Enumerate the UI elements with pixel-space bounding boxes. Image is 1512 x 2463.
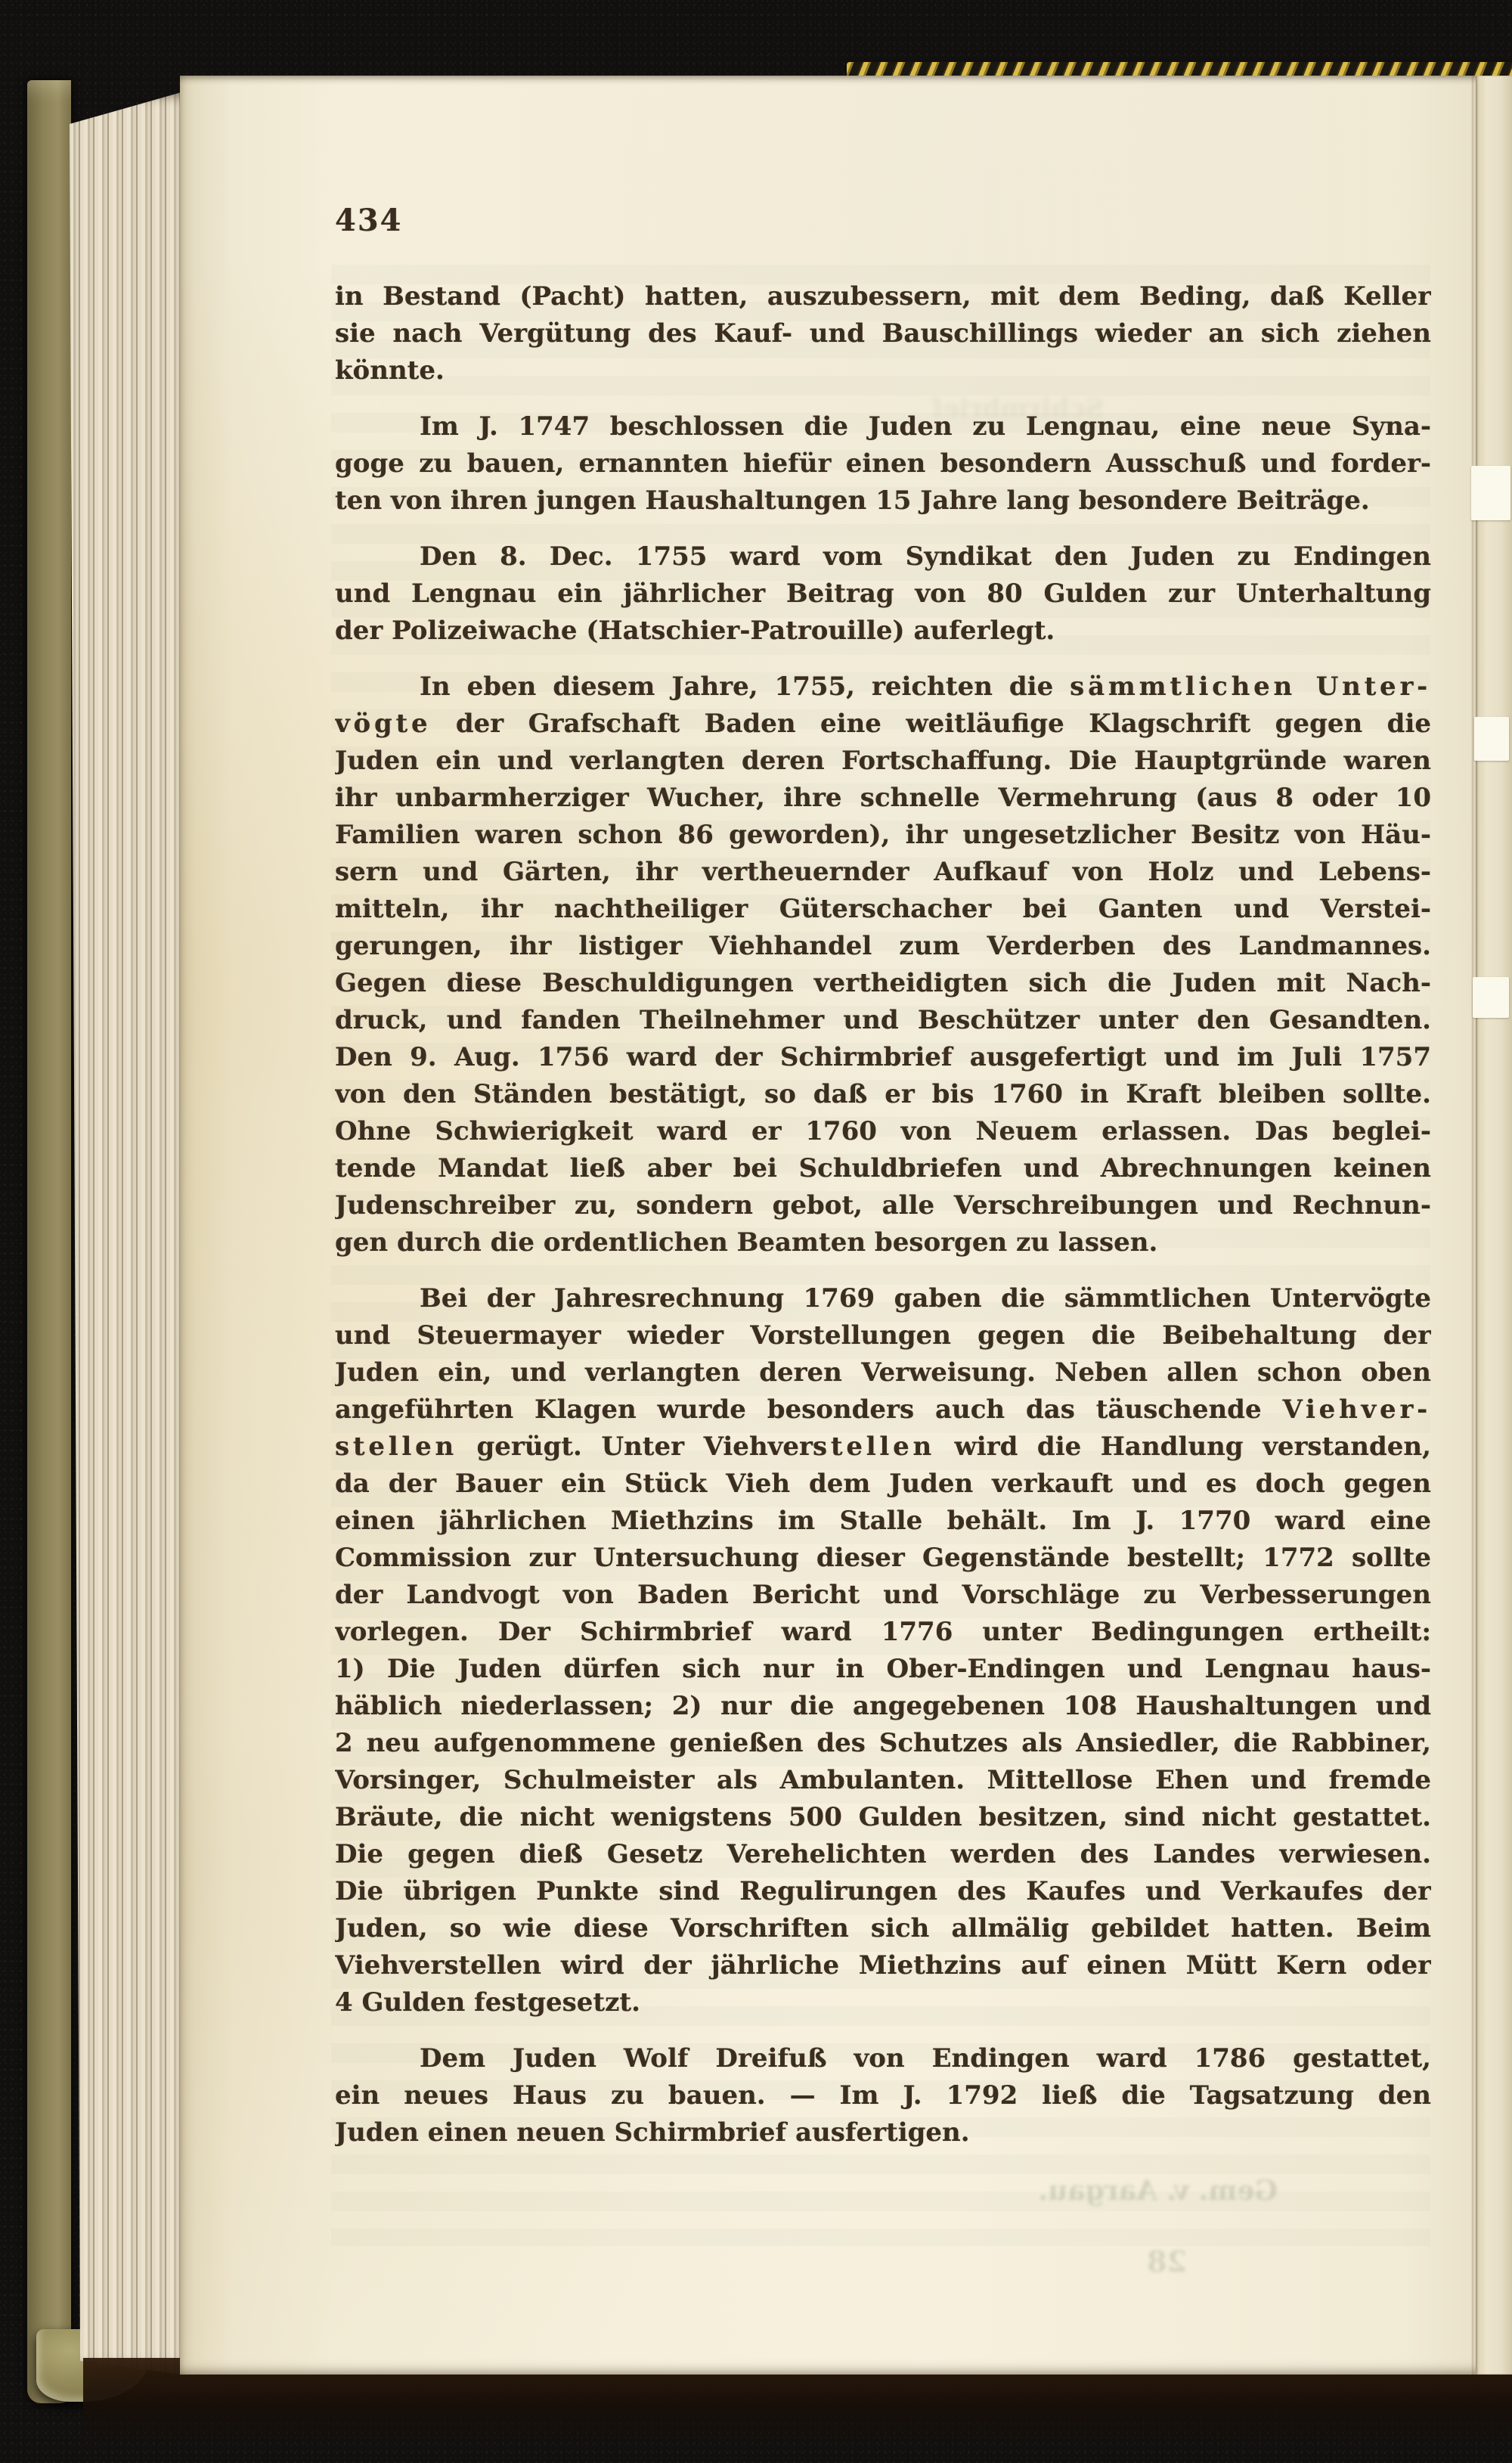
text-line: ihr unbarmherziger Wucher, ihre schnelle…	[335, 780, 1431, 817]
text-line: mitteln, ihr nachtheiliger Güterschacher…	[335, 891, 1431, 928]
text-line: Den 8. Dec. 1755 ward vom Syndikat den J…	[335, 538, 1431, 575]
text-line: 2 neu aufgenommene genießen des Schutzes…	[335, 1725, 1431, 1762]
text-line: der Landvogt von Baden Bericht und Vorsc…	[335, 1577, 1431, 1614]
text-line: von den Ständen bestätigt, so daß er bis…	[335, 1076, 1431, 1113]
text-line: Die gegen dieß Gesetz Verehelichten werd…	[335, 1836, 1431, 1873]
book-page: 434 in Bestand (Pacht) hatten, auszubess…	[180, 76, 1476, 2375]
text-line: Judenschreiber zu, sondern gebot, alle V…	[335, 1187, 1431, 1224]
page-tab	[1471, 466, 1510, 520]
text-line: Dem Juden Wolf Dreifuß von Endingen ward…	[335, 2040, 1431, 2077]
text-line: druck, und fanden Theilnehmer und Beschü…	[335, 1002, 1431, 1039]
text-line: ten von ihren jungen Haushaltungen 15 Ja…	[335, 482, 1431, 520]
paragraph: Den 8. Dec. 1755 ward vom Syndikat den J…	[335, 538, 1431, 650]
text-line: Viehverstellen wird der jährliche Miethz…	[335, 1947, 1431, 1984]
text-line: angeführten Klagen wurde besonders auch …	[335, 1391, 1431, 1428]
text-line: der Polizeiwache (Hatschier-Patrouille) …	[335, 613, 1431, 650]
text-line: vorlegen. Der Schirmbrief ward 1776 unte…	[335, 1614, 1431, 1651]
text-line: Ohne Schwierigkeit ward er 1760 von Neue…	[335, 1113, 1431, 1150]
text-line: Juden einen neuen Schirmbrief ausfertige…	[335, 2114, 1431, 2151]
letterspaced-emphasis: sämmtlichen Unter-	[1070, 672, 1431, 702]
book-cover-edge	[27, 80, 71, 2403]
text-line: goge zu bauen, ernannten hiefür einen be…	[335, 445, 1431, 482]
page-number: 434	[335, 203, 403, 238]
text-line: Bei der Jahresrechnung 1769 gaben die sä…	[335, 1280, 1431, 1317]
text-line: Im J. 1747 beschlossen die Juden zu Leng…	[335, 408, 1431, 445]
text-line: In eben diesem Jahre, 1755, reichten die…	[335, 668, 1431, 706]
letterspaced-emphasis: Viehver-	[1282, 1394, 1431, 1425]
text-line: Juden ein und verlangten deren Fortschaf…	[335, 743, 1431, 780]
page-crease	[1471, 76, 1474, 2375]
text-line: Bräute, die nicht wenigstens 500 Gulden …	[335, 1799, 1431, 1836]
text-line: stellen gerügt. Unter Viehverstellen wir…	[335, 1428, 1431, 1466]
text-line: Juden ein, und verlangten deren Verweisu…	[335, 1354, 1431, 1391]
letterspaced-emphasis: vögte	[335, 709, 431, 739]
text-line: Die übrigen Punkte sind Regulirungen des…	[335, 1873, 1431, 1910]
text-line: Familien waren schon 86 geworden), ihr u…	[335, 817, 1431, 854]
text-line: gerungen, ihr listiger Viehhandel zum Ve…	[335, 928, 1431, 965]
text-line: sie nach Vergütung des Kauf- und Bauschi…	[335, 315, 1431, 352]
text-line: vögte der Grafschaft Baden eine weitläuf…	[335, 706, 1431, 743]
paragraph: Bei der Jahresrechnung 1769 gaben die sä…	[335, 1280, 1431, 2021]
text-block: in Bestand (Pacht) hatten, auszubessern,…	[335, 278, 1431, 2170]
text-line: ein neues Haus zu bauen. — Im J. 1792 li…	[335, 2077, 1431, 2114]
paragraph: Im J. 1747 beschlossen die Juden zu Leng…	[335, 408, 1431, 520]
page-tab	[1473, 977, 1509, 1018]
text-line: 1) Die Juden dürfen sich nur in Ober-End…	[335, 1651, 1431, 1688]
text-line: Gegen diese Beschuldigungen vertheidigte…	[335, 965, 1431, 1002]
paragraph: Dem Juden Wolf Dreifuß von Endingen ward…	[335, 2040, 1431, 2151]
text-line: tende Mandat ließ aber bei Schuldbriefen…	[335, 1150, 1431, 1187]
text-line: sern und Gärten, ihr vertheuernder Aufka…	[335, 854, 1431, 891]
page-stack-edges	[70, 92, 181, 2375]
paragraph: in Bestand (Pacht) hatten, auszubessern,…	[335, 278, 1431, 389]
text-line: Den 9. Aug. 1756 ward der Schirmbrief au…	[335, 1039, 1431, 1076]
text-line: einen jährlichen Miethzins im Stalle beh…	[335, 1503, 1431, 1540]
photo-background: 434 in Bestand (Pacht) hatten, auszubess…	[0, 0, 1512, 2463]
text-line: Vorsinger, Schulmeister als Ambulanten. …	[335, 1762, 1431, 1799]
text-line: da der Bauer ein Stück Vieh dem Juden ve…	[335, 1466, 1431, 1503]
text-line: gen durch die ordentlichen Beamten besor…	[335, 1224, 1431, 1261]
text-line: Juden, so wie diese Vorschriften sich al…	[335, 1910, 1431, 1947]
text-line: Commission zur Untersuchung dieser Gegen…	[335, 1540, 1431, 1577]
text-line: häblich niederlassen; 2) nur die angegeb…	[335, 1688, 1431, 1725]
text-line: könnte.	[335, 352, 1431, 389]
paragraph: In eben diesem Jahre, 1755, reichten die…	[335, 668, 1431, 1261]
page-tab	[1474, 717, 1509, 761]
text-line: 4 Gulden festgesetzt.	[335, 1984, 1431, 2021]
adjacent-page-edge	[1476, 76, 1512, 2375]
text-line: und Steuermayer wieder Vorstellungen geg…	[335, 1317, 1431, 1354]
letterspaced-emphasis: stellen	[813, 1432, 935, 1462]
text-line: in Bestand (Pacht) hatten, auszubessern,…	[335, 278, 1431, 315]
letterspaced-emphasis: stellen	[335, 1432, 457, 1462]
text-line: und Lengnau ein jährlicher Beitrag von 8…	[335, 575, 1431, 613]
